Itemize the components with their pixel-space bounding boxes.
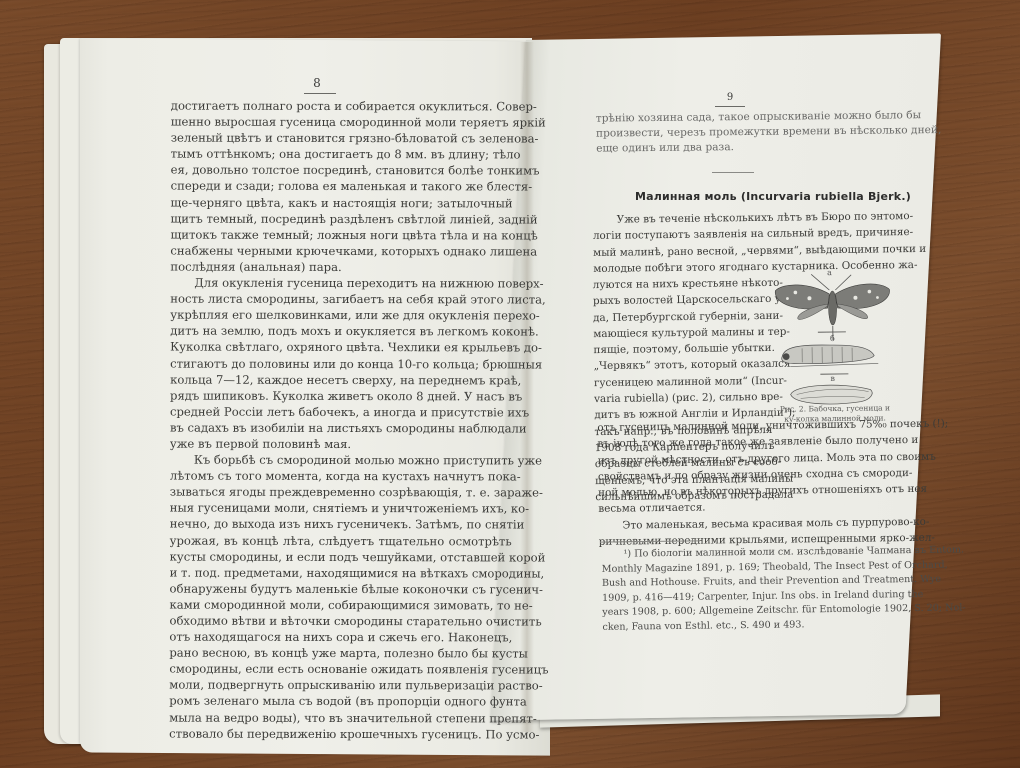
text-line: ныя гусеницами моли, снятіемъ и уничтоже…	[170, 500, 512, 517]
text-line: Куколка свѣтлаго, охряного цвѣта. Чехлик…	[170, 339, 512, 356]
text-line: ея, довольно толстое посрединѣ, становит…	[171, 162, 513, 179]
text-line: и т. под. предметами, находящимися на вѣ…	[170, 564, 512, 581]
text-line: „Червякъ“ этотъ, который оказался	[594, 356, 772, 374]
text-line: Для окукленія гусеница переходитъ на ниж…	[170, 275, 512, 292]
text-line: зеленый цвѣтъ и становится грязно-бѣлова…	[171, 130, 513, 147]
text-line: средней Россіи летъ бабочекъ, а иногда и…	[170, 403, 512, 420]
text-line: рано весною, въ концѣ уже марта, полезно…	[169, 645, 511, 662]
text-line: въ садахъ въ изобиліи на листьяхъ смород…	[170, 419, 512, 436]
text-line: кусты смородины, и если подъ чешуйками, …	[170, 548, 512, 565]
right-page-number-rule	[715, 106, 745, 107]
text-line: Къ борьбѣ съ смородиной молью можно прис…	[170, 452, 512, 469]
moth-figure: a б в	[769, 267, 901, 419]
left-page-number: 8	[302, 76, 332, 90]
text-line: кольца 7—12, каждое несетъ сверху, на пе…	[170, 371, 512, 388]
text-line: достигаетъ полнаго роста и собирается ок…	[171, 98, 513, 115]
text-line: смородины, если есть основаніе ожидать п…	[169, 661, 511, 678]
text-line: послѣдняя (анальная) пара.	[170, 258, 512, 275]
text-line: снабжены черными крючечками, которыхъ од…	[170, 242, 512, 259]
text-line: отъ находящагося на нихъ сора и сжечь ег…	[169, 629, 511, 646]
text-line: рядъ шипиковъ. Куколка живетъ около 8 дн…	[170, 387, 512, 404]
text-line: щитокъ также темный; ложныя ноги цвѣта т…	[170, 226, 512, 243]
text-line: произвести, черезъ промежутки времени въ…	[596, 123, 898, 141]
footnote: ¹) По біологіи малинной моли см. изслѣдо…	[601, 544, 904, 635]
right-page-number: 9	[715, 92, 745, 103]
text-line: стигаютъ до половины или до конца 10-го …	[170, 355, 512, 372]
right-page-body-bottom: отъ гусеницъ малинной моли, уничтоживших…	[597, 416, 899, 550]
text-line: ще-черняго цвѣта, какъ и настоящія ноги;…	[171, 194, 513, 211]
text-line: ромъ зеленаго мыла съ водой (въ пропорці…	[169, 693, 511, 710]
moth-illustration-icon	[769, 267, 901, 419]
text-line: лѣтомъ съ того момента, когда на кустахъ…	[170, 468, 512, 485]
text-line: урожая, въ концѣ лѣта, слѣдуетъ тщательн…	[170, 532, 512, 549]
section-title: Малинная моль (Incurvaria rubiella Bjerk…	[635, 190, 911, 203]
text-line: зываться ягоды преждевременно созрѣвающі…	[170, 484, 512, 501]
text-line: еще одинъ или два раза.	[596, 138, 898, 156]
text-line: да, Петербургской губерніи, зани-	[593, 308, 771, 326]
text-line: мыла на ведро воды), что въ значительной…	[169, 709, 511, 726]
text-line: укрѣпляя его шелковинками, или же для ок…	[170, 307, 512, 324]
text-line: обнаружены будутъ маленькіе бѣлые коконо…	[170, 580, 512, 597]
text-line: рыхъ волостей Царскосельскаго уѣз-	[593, 291, 771, 309]
right-page-continuation: трѣнію хозяина сада, такое опрыскиваніе …	[596, 108, 898, 156]
text-line: спереди и сзади; голова ея маленькая и т…	[171, 178, 513, 195]
text-line: щитъ темный, посрединѣ раздѣленъ свѣтлой…	[171, 210, 513, 227]
text-line: нечно, до выхода изъ нихъ гусеничекъ. За…	[170, 516, 512, 533]
text-line: шенно выросшая гусеница смородинной моли…	[171, 114, 513, 131]
text-line: дитъ на землю, подъ мохъ и окукляется въ…	[170, 323, 512, 340]
text-line: обходимо вѣтви и вѣточки смородины стара…	[169, 613, 511, 630]
left-page-number-rule	[304, 93, 336, 94]
text-line: тымъ оттѣнкомъ; она достигаетъ до 8 мм. …	[171, 146, 513, 163]
left-page-body: достигаетъ полнаго роста и собирается ок…	[169, 98, 513, 743]
text-line: ствовало бы передвиженію крошечныхъ гусе…	[169, 725, 511, 742]
figure-label-b: б	[830, 334, 835, 343]
section-divider	[712, 172, 754, 173]
text-line: ками смородинной моли, собирающимися зим…	[169, 596, 511, 613]
text-line: уже въ первой половинѣ мая.	[170, 436, 512, 453]
figure-label-c: в	[830, 374, 835, 383]
text-line: ность листа смородины, загибаетъ на себя…	[170, 291, 512, 308]
text-line: моли, подвергнуть опрыскиванію или пульв…	[169, 677, 511, 694]
